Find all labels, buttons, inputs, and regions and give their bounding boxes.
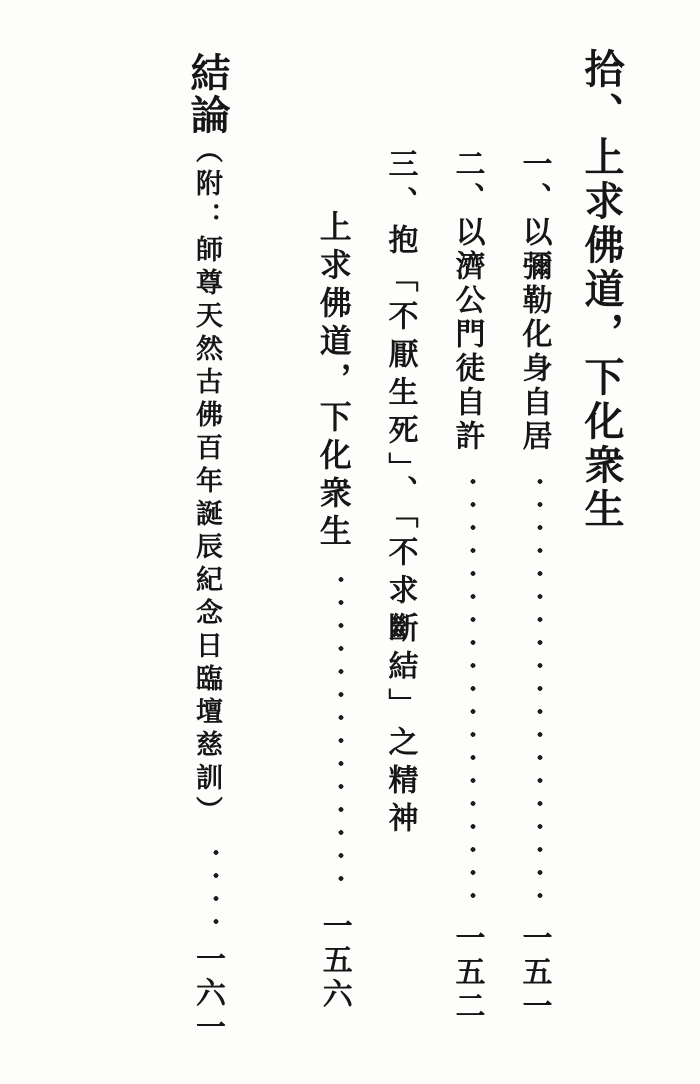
toc-entry-1: 一、以彌勒化身自居一五一 (516, 148, 555, 1024)
conclusion-entry: 結論（附：師尊天然古佛百年誕辰紀念日臨壇慈訓）一六一 (184, 52, 236, 1045)
toc-entry-3-line-2: 上求佛道，下化衆生一五六 (315, 210, 357, 1012)
conclusion-subtitle: （附：師尊天然古佛百年誕辰紀念日臨壇慈訓） (192, 136, 222, 829)
dot-leader (525, 470, 555, 910)
conclusion-page-number: 一六一 (191, 943, 224, 1045)
toc-entry-2: 二、以濟公門徒自許一五二 (449, 148, 488, 1024)
toc-entry-3-page-number: 一五六 (318, 910, 351, 1012)
dot-leader (325, 568, 357, 898)
toc-entry-3-line-1: 三、抱「不厭生死」、「不求斷結」之精神 (382, 148, 417, 840)
dot-leader (196, 841, 236, 931)
dot-leader (458, 470, 488, 910)
toc-entry-1-page-number: 一五一 (518, 922, 551, 1024)
toc-entry-2-page-number: 一五二 (451, 922, 484, 1024)
toc-entry-3-text-line-1: 三、抱「不厭生死」、「不求斷結」之精神 (384, 148, 417, 840)
conclusion-heading: 結論 (185, 52, 230, 136)
book-toc-page: 拾、上求佛道，下化衆生 一、以彌勒化身自居一五一 二、以濟公門徒自許一五二 三、… (0, 0, 700, 1084)
toc-entry-2-text: 二、以濟公門徒自許 (451, 148, 484, 454)
chapter-heading: 拾、上求佛道，下化衆生 (578, 48, 624, 532)
chapter-heading-text: 拾、上求佛道，下化衆生 (579, 48, 624, 532)
toc-entry-3-text-line-2: 上求佛道，下化衆生 (316, 210, 352, 552)
toc-entry-1-text: 一、以彌勒化身自居 (518, 148, 551, 454)
